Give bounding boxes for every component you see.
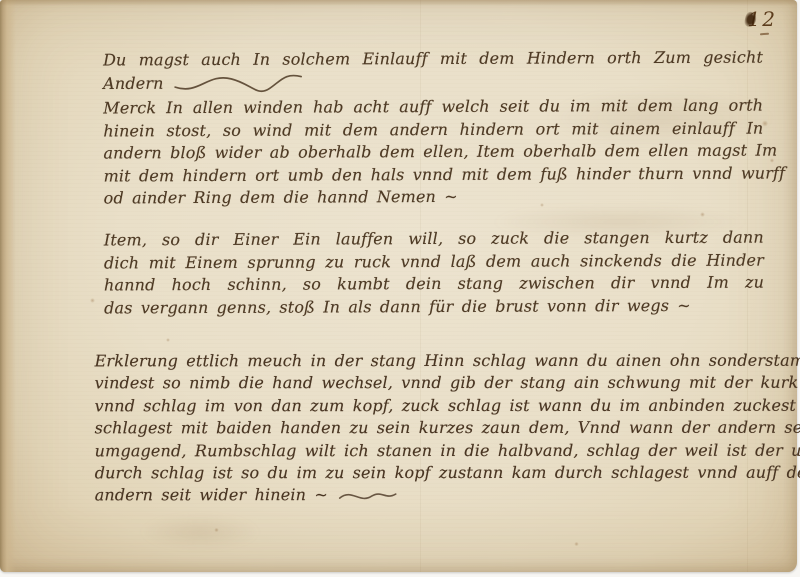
text-line: Erklerung ettlich meuch in der stang Hin… xyxy=(95,350,765,373)
text-line: vindest so nimb die hand wechsel, vnnd g… xyxy=(95,372,765,395)
text-line: vnnd schlag im von dan zum kopf, zuck sc… xyxy=(95,395,765,418)
text-line: umgagend, Rumbschlag wilt ich stanen in … xyxy=(95,439,765,462)
pen-flourish xyxy=(174,71,304,98)
foxing-stain xyxy=(574,542,579,546)
folio-pen-dash xyxy=(760,33,769,36)
manuscript-page: 12 Du magst auch In solchem Einlauff mit… xyxy=(0,0,797,572)
text-line-word: andern seit wider hinein ~ xyxy=(95,486,328,505)
paragraph: Merck In allen winden hab acht auff welc… xyxy=(103,95,763,210)
text-line: hinein stost, so wind mit dem andern hin… xyxy=(103,117,763,142)
foxing-stain xyxy=(90,298,95,303)
text-line: mit dem hindern ort umb den hals vnnd mi… xyxy=(104,162,764,187)
text-line: Merck In allen winden hab acht auff welc… xyxy=(103,95,763,120)
paragraph: Item, so dir Einer Ein lauffen will, so … xyxy=(104,227,764,320)
text-line: dich mit Einem sprunng zu ruck vnnd laß … xyxy=(104,249,764,274)
text-line: Du magst auch In solchem Einlauff mit de… xyxy=(103,47,763,72)
ink-bleed-through xyxy=(140,515,260,549)
text-line: andern seit wider hinein ~ xyxy=(95,484,765,507)
pen-flourish xyxy=(338,486,398,506)
handwritten-text-block: Du magst auch In solchem Einlauff mit de… xyxy=(103,47,765,509)
text-line: durch schlag ist so du im zu sein kopf z… xyxy=(95,462,765,485)
foxing-stain xyxy=(214,528,219,532)
page-top-edge xyxy=(0,0,797,6)
text-line: andern bloß wider ab oberhalb dem ellen,… xyxy=(103,140,763,165)
page-fore-edge xyxy=(0,0,16,572)
paragraph: Du magst auch In solchem Einlauff mit de… xyxy=(103,47,763,98)
text-line: hannd hoch schinn, so kumbt dein stang z… xyxy=(104,272,764,297)
text-line: Item, so dir Einer Ein lauffen will, so … xyxy=(104,227,764,252)
text-line: Andern xyxy=(103,69,763,98)
text-line: schlagest mit baiden handen zu sein kurz… xyxy=(95,417,765,440)
text-line: das vergann genns, stoß In als dann für … xyxy=(104,294,764,319)
manuscript-photo: 12 Du magst auch In solchem Einlauff mit… xyxy=(0,0,800,577)
paragraph: Erklerung ettlich meuch in der stang Hin… xyxy=(95,350,765,507)
text-line: od ainder Ring dem die hannd Nemen ~ xyxy=(104,185,764,210)
text-line-word: Andern xyxy=(103,74,164,93)
